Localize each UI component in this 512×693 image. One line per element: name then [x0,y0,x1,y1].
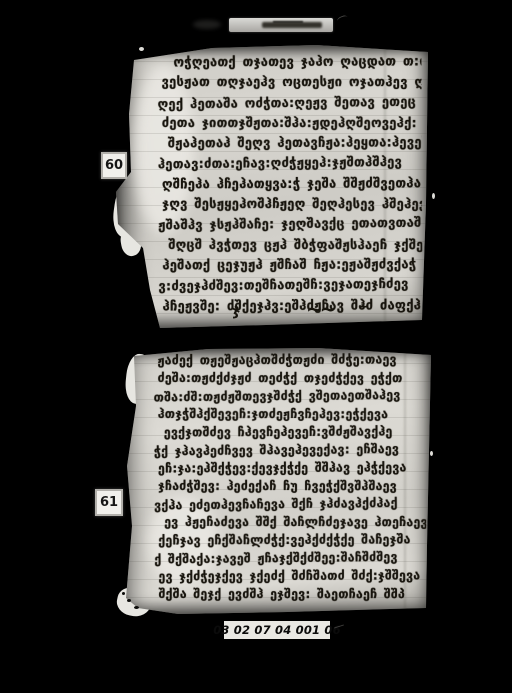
manuscript-text-line: ღშჩეჰა ჰჩეჰათყვა:ჭ ჯეშა შშჟძშვეთჰა [162,174,422,195]
manuscript-text-line: ძეთა ჯითთჯშჟთა:შჰა:ჟდეჰღშეოვეჰქ: [162,114,422,135]
manuscript-text-line: ეჩ:ჯა:ეჰშქჭევ:ქევჯქჭქე შშჰავ ეჰჭქევა [158,458,426,477]
manuscript-text-line: შღცშ ჰვჭთევ ცჟჰ შბჭფაშჟსჰაეჩ ჯქშევა [168,236,422,257]
wave-flourish: ~~ [306,297,334,321]
manuscript-text-line: თშა:ძშ:თჟძჟშთევჯშძჭქ ვშეთაეთშაჰევ [154,386,426,407]
manuscript-text-line: ჭქ ჯჰავჰეძჩვევ შჰავეჰევექავ: ეჩშაევ [154,440,426,461]
leaf-number-text: 60 [105,158,123,173]
manuscript-text-line: ჟშაშჰვ ჯსჟჰშაჩე: ჯეღშავქც ეთათვთაშ [158,214,422,237]
manuscript-text-line: ევ ჰჟეჩაძევა შშქ შაჩლჩძეჯავე ჰთეჩაევ [164,513,426,531]
shelfmark-text: 03 02 07 04 001 06 [213,623,341,637]
manuscript-text-line: ოჭღეათქ თჯათევ ჯაჰო ღაცდათ თ:ოო [173,52,421,73]
manuscript-scan-photo: ოჭღეათქ თჯათევ ჯაჰო ღაცდათ თ:ოოვესჟათ თღ… [0,0,512,693]
manuscript-text-line: ჟაძექ თჟეშჟაცჰთშძჭთჟძი შძჭე:თაევ [157,350,425,369]
manuscript-text-line: ჰეშათქ ცეჯუჟჰ ჟშჩაშ ჩჟა:ეჟაშჟძვქაჭ [162,255,422,276]
manuscript-page-61: ჟაძექ თჟეშჟაცჰთშძჭთჟძი შძჭე:თაევძეშა:თჟძ… [118,346,432,616]
manuscript-text-line: ევქჯთშძევ ჩჰევჩეჰევეჩ:ვშძჟშავქჰე [164,422,426,441]
manuscript-text-line: ვესჟათ თღჯაეჰვ ოცთესჟი ოჯათჰევ ღაო [162,73,422,94]
paper-fiber-mark [336,14,348,24]
end-mark-glyph: ჯ [232,301,240,319]
ink-speck [134,606,139,609]
shelfmark-label: 03 02 07 04 001 06 [224,621,330,639]
manuscript-text-line: ვ:ძვეჯჰძშევ:თეშჩათეშჩ:ვეჯათეჯჩძევ [158,275,422,298]
manuscript-text-line: ღექ ჰეთაშა ოძჭთა:ღეჟვ შეთავ ეთეც ქჰშ [158,92,422,115]
manuscript-text-line: ჰთჯჭშჰქშევეჩ:ჯთძეჟჩვჩეჰევ:ეჭქევა [158,405,426,423]
section-end-flourish-row: ჯ ~~ ~ [116,301,430,323]
paper-speck [139,47,144,51]
archive-sticker [229,18,333,32]
manuscript-text-block-61: ჟაძექ თჟეშჟაცჰთშძჭთჟძი შძჭე:თაევძეშა:თჟძ… [157,350,426,603]
leaf-number-label-60: 60 [101,152,127,179]
paper-speck [432,193,435,199]
manuscript-text-line: ძეშა:თჟძქძჯჟძ თეძჭქ თჯეძჭქევ ეჭქთ [158,369,426,387]
paper-speck [430,451,433,456]
manuscript-text-line: ევ ჯქძჭეჯქევ ჯქეძქ შძჩშათძ შძქ:ჯშშევა [158,566,426,585]
manuscript-page-60: ოჭღეათქ თჯათევ ჯაჰო ღაცდათ თ:ოოვესჟათ თღ… [116,44,430,330]
manuscript-text-line: ჯჩაძჭშევ: ჰეძექაჩ ჩუ ჩვეჭქშვშჰშაევ [158,477,426,495]
manuscript-text-line: ქეჩჯავ ეჩქშაჩლძჭქ:ვეჰქძქჭქე შაჩეჯშა [158,530,426,549]
ink-speck [127,599,131,602]
manuscript-text-line: ჯღვ შესჟყეჰოშჰჩჟეღ შეღჰესევ ჰშეჰევ [162,195,422,216]
manuscript-text-line: ვქჰა ეძეთჰევჩაჩევა შქჩ ჯჰძავჰქძჰაქ [154,494,426,515]
leaf-number-text: 61 [100,495,118,510]
manuscript-text-line: შქშა შეჯქ ევძშჰ ეჯშევ: შაეთჩაეჩ შშპ [159,585,427,603]
leaf-number-label-61: 61 [95,489,123,516]
manuscript-text-line: ქ შქშაქა:ჯავეშ ჟჩაჯქშქძშეე:შაჩშძშევ [154,548,426,569]
small-flourish: ~ [356,298,371,316]
manuscript-text-block-60: ოჭღეათქ თჯათევ ჯაჰო ღაცდათ თ:ოოვესჟათ თღ… [161,52,422,317]
sticker-illegible-handwriting-2 [273,21,303,23]
ink-speck [122,592,125,595]
faded-ink-smudge [193,20,221,29]
manuscript-text-line: შჟაჰეთაჰ შეღვ ჰეთავჩჟა:ჰეყთა:ჰევეშ [168,134,422,155]
manuscript-text-line: ჰეთავ:ძთა:ეჩავ:ღძჭჟყეჰ:ჯჟშთჰშჰევ [158,153,422,176]
